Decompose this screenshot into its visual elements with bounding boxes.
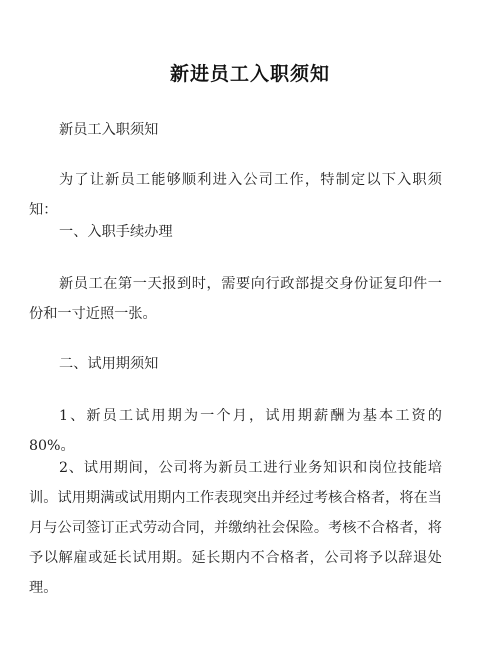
paragraph-probation-item-1: 1、新员工试用期为一个月，试用期薪酬为基本工资的 80%。 [29, 401, 442, 461]
paragraph-subtitle: 新员工入职须知 [29, 115, 442, 145]
paragraph-intro: 为了让新员工能够顺利进入公司工作，特制定以下入职须知： [29, 165, 442, 225]
section-heading-probation: 二、试用期须知 [29, 349, 442, 379]
document-title: 新进员工入职须知 [0, 60, 500, 88]
paragraph-onboarding-procedure: 新员工在第一天报到时，需要向行政部提交身份证复印件一份和一寸近照一张。 [29, 269, 442, 329]
paragraph-probation-item-2: 2、试用期间，公司将为新员工进行业务知识和岗位技能培训。试用期满或试用期内工作表… [29, 453, 442, 603]
document-page: 新进员工入职须知 新员工入职须知 为了让新员工能够顺利进入公司工作，特制定以下入… [0, 0, 500, 647]
section-heading-onboarding: 一、入职手续办理 [29, 217, 442, 247]
